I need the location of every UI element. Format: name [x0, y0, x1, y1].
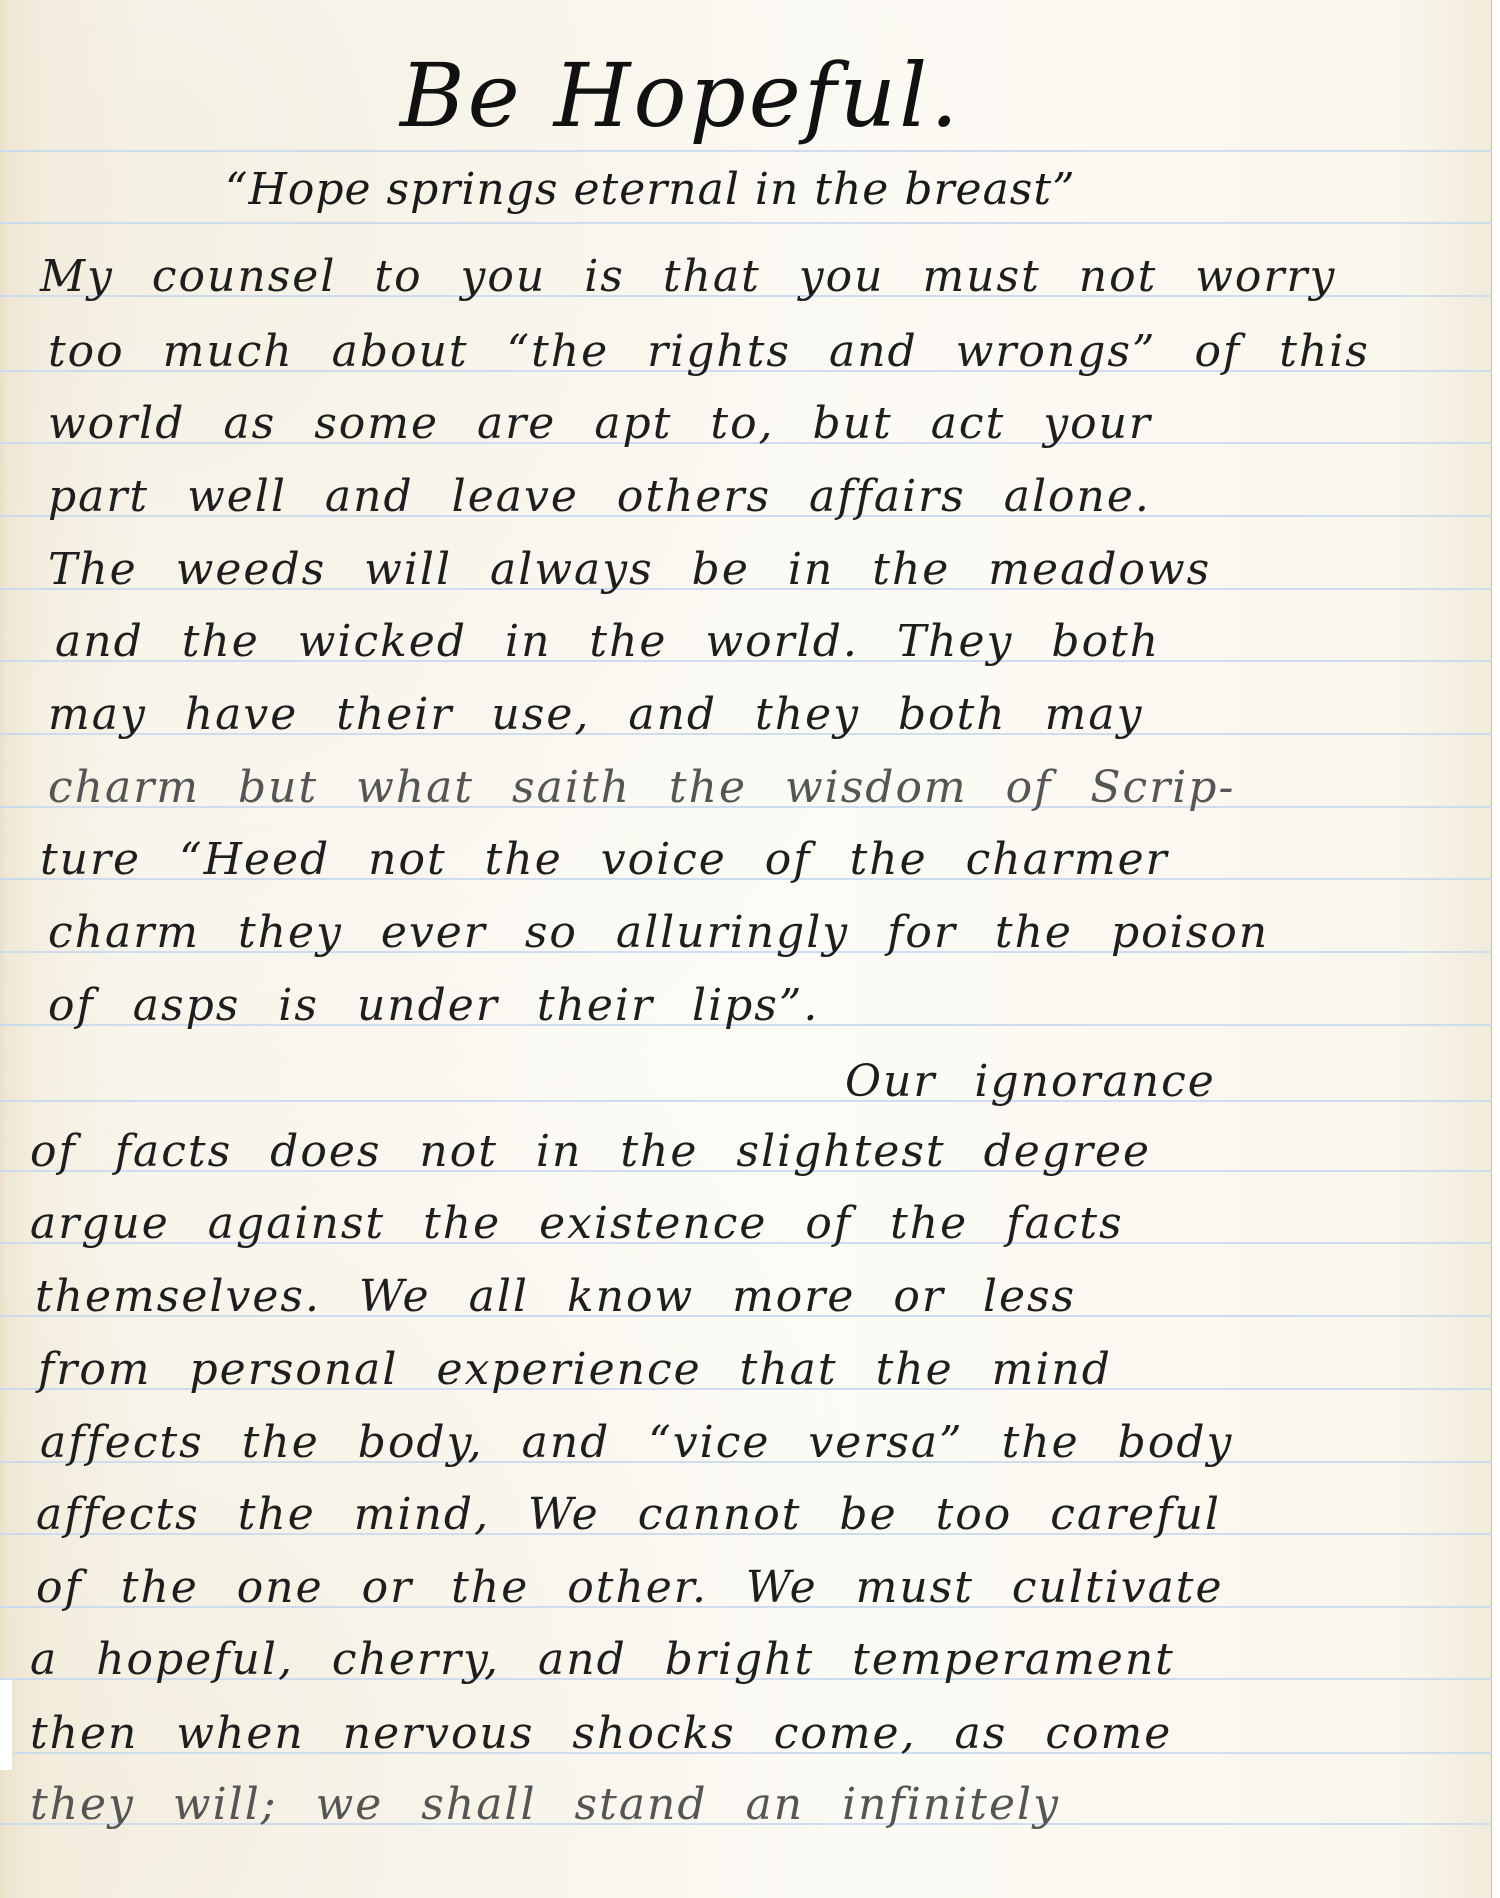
manuscript-page: Be Hopeful. “Hope springs eternal in the…: [0, 0, 1500, 1898]
text-line: affects the body, and “vice versa” the b…: [40, 1421, 1233, 1465]
text-line-indented: Our ignorance: [845, 1060, 1216, 1104]
text-line: The weeds will always be in the meadows: [48, 548, 1211, 592]
text-line: of facts does not in the slightest degre…: [30, 1130, 1151, 1174]
text-line: may have their use, and they both may: [48, 693, 1143, 737]
text-line: argue against the existence of the facts: [30, 1202, 1124, 1246]
torn-page-edge: [0, 1680, 14, 1770]
rule-line: [0, 150, 1492, 152]
text-line: themselves. We all know more or less: [35, 1275, 1076, 1319]
rule-line: [0, 222, 1492, 224]
page-left-edge: [0, 0, 6, 1898]
text-line: a hopeful, cherry, and bright temperamen…: [30, 1638, 1175, 1682]
text-line: of asps is under their lips”.: [48, 984, 819, 1028]
text-line: affects the mind, We cannot be too caref…: [36, 1493, 1221, 1537]
text-line: and the wicked in the world. They both: [55, 620, 1160, 664]
text-line: charm they ever so alluringly for the po…: [48, 911, 1269, 955]
text-line: world as some are apt to, but act your: [48, 402, 1152, 446]
text-line: from personal experience that the mind: [38, 1348, 1112, 1392]
text-line: part well and leave others affairs alone…: [48, 475, 1151, 519]
text-line: they will; we shall stand an infinitely: [30, 1783, 1060, 1827]
text-line: ture “Heed not the voice of the charmer: [40, 838, 1169, 882]
page-title: Be Hopeful.: [400, 52, 961, 140]
text-line: My counsel to you is that you must not w…: [40, 255, 1336, 299]
text-line: too much about “the rights and wrongs” o…: [48, 330, 1370, 374]
page-right-edge: [1491, 0, 1500, 1898]
rule-line: [0, 1100, 1492, 1102]
epigraph-quote: “Hope springs eternal in the breast”: [225, 168, 1076, 212]
text-line: charm but what saith the wisdom of Scrip…: [48, 766, 1235, 810]
text-line: of the one or the other. We must cultiva…: [36, 1566, 1224, 1610]
text-line: then when nervous shocks come, as come: [30, 1712, 1172, 1756]
